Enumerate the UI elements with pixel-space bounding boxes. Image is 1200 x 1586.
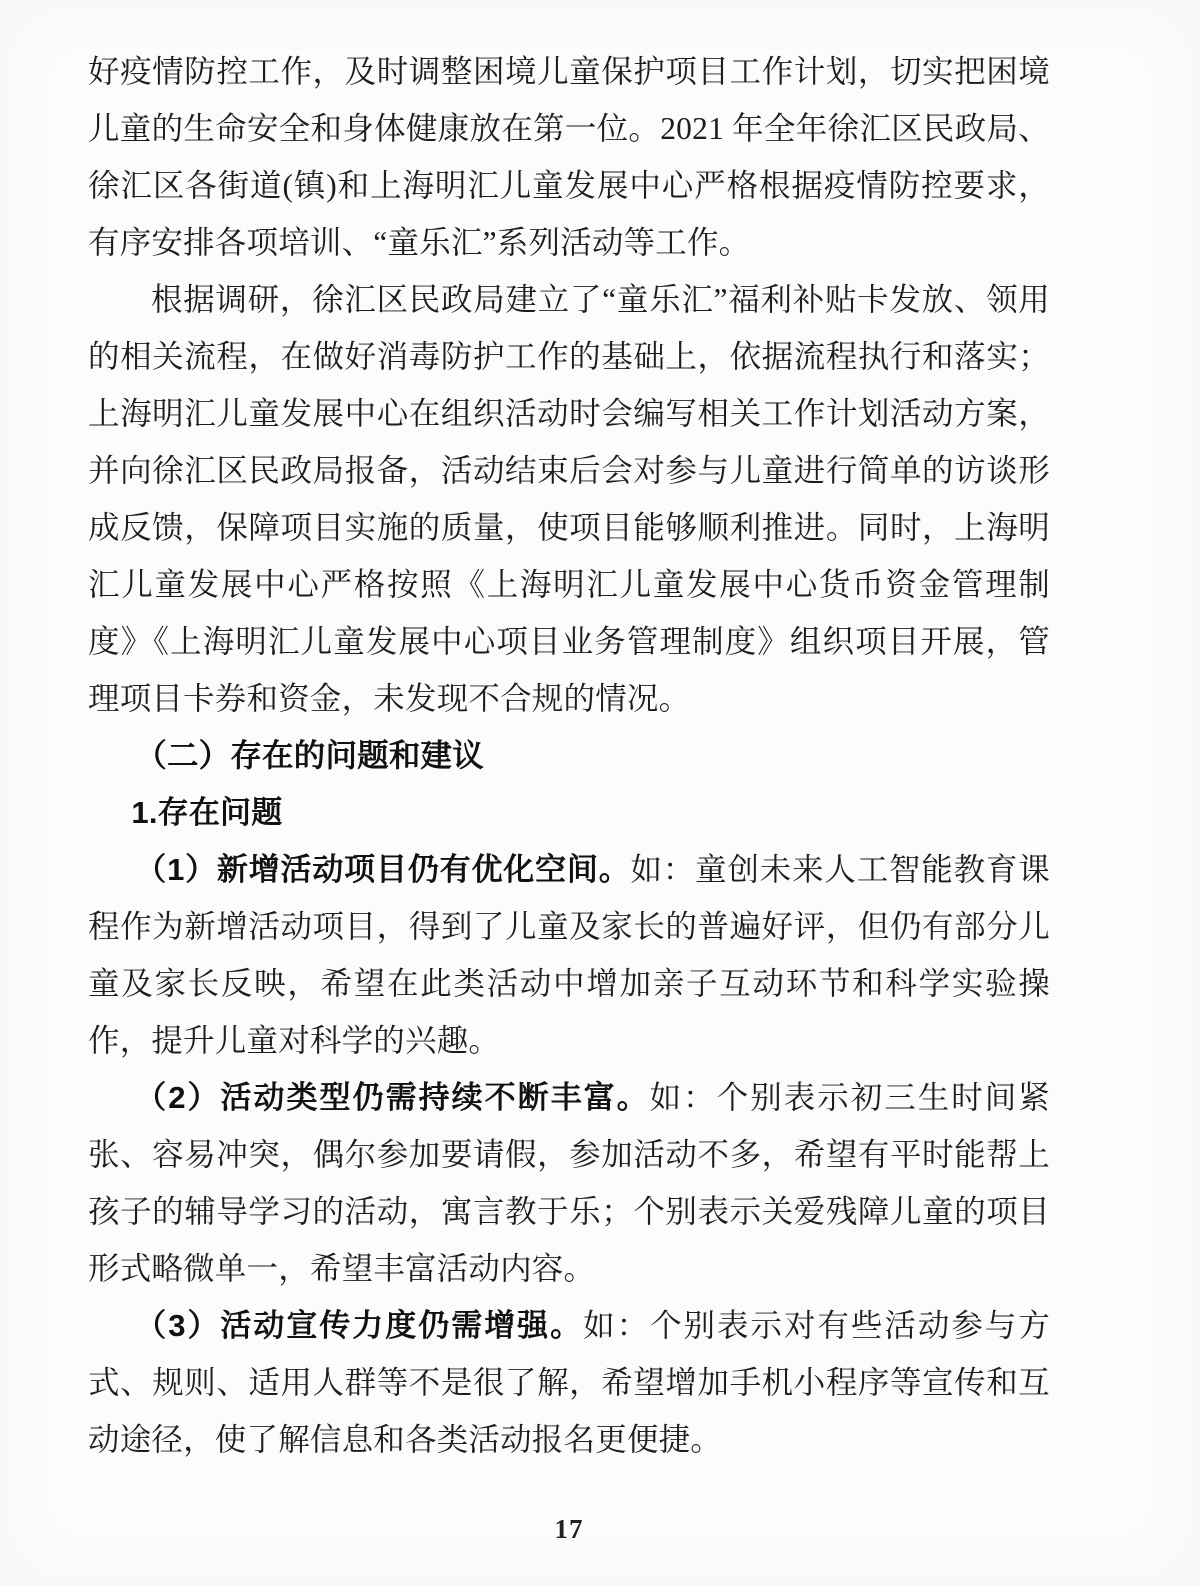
paragraph-item-3: （3）活动宣传力度仍需增强。如：个别表示对有些活动参与方式、规则、适用人群等不是… — [88, 1297, 1050, 1468]
item-3-bold-lead: （3）活动宣传力度仍需增强。 — [135, 1308, 583, 1343]
paragraph-continuation: 好疫情防控工作，及时调整困境儿童保护项目工作计划，切实把困境儿童的生命安全和身体… — [88, 43, 1050, 271]
subsection-heading-existing-problems: 1.存在问题 — [88, 784, 1050, 841]
paragraph-item-1: （1）新增活动项目仍有优化空间。如：童创未来人工智能教育课程作为新增活动项目，得… — [88, 841, 1050, 1069]
document-page: 好疫情防控工作，及时调整困境儿童保护项目工作计划，切实把困境儿童的生命安全和身体… — [0, 0, 1200, 1586]
paragraph-item-2: （2）活动类型仍需持续不断丰富。如：个别表示初三生时间紧张、容易冲突，偶尔参加要… — [88, 1069, 1050, 1297]
item-1-bold-lead: （1）新增活动项目仍有优化空间。 — [135, 852, 630, 887]
section-heading-problems-and-suggestions: （二）存在的问题和建议 — [88, 727, 1050, 784]
document-body: 好疫情防控工作，及时调整困境儿童保护项目工作计划，切实把困境儿童的生命安全和身体… — [88, 43, 1050, 1468]
page-number: 17 — [88, 1512, 1050, 1546]
item-2-bold-lead: （2）活动类型仍需持续不断丰富。 — [135, 1080, 649, 1115]
paragraph-survey-process: 根据调研，徐汇区民政局建立了“童乐汇”福利补贴卡发放、领用的相关流程，在做好消毒… — [88, 271, 1050, 727]
